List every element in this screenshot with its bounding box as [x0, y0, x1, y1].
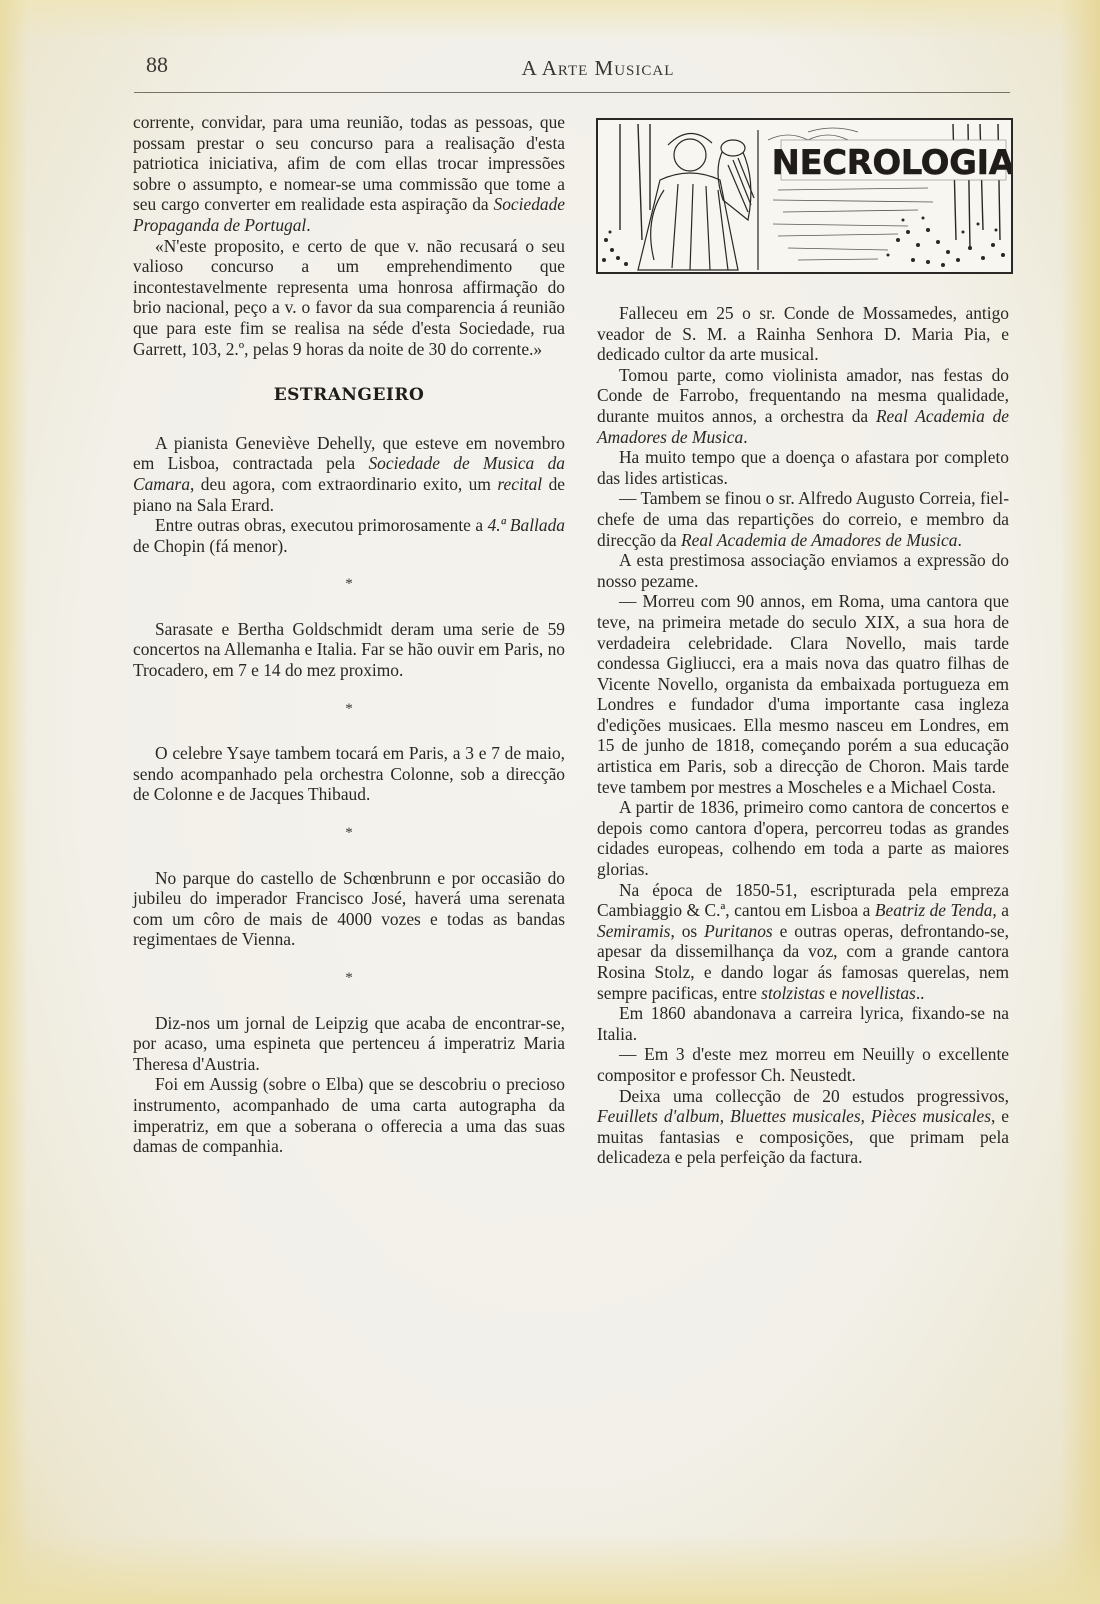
aussig-paragraph: Foi em Aussig (sobre o Elba) que se desc…	[133, 1074, 565, 1156]
paper-edge-right	[1060, 0, 1100, 1604]
paper-edge-bottom	[0, 1534, 1100, 1604]
letter-paragraph: «N'este proposito, e certo de que v. não…	[133, 236, 565, 360]
neustedt-works-paragraph: Deixa uma collecção de 20 estudos progre…	[597, 1086, 1009, 1168]
schoenbrunn-paragraph: No parque do castello de Schœnbrunn e po…	[133, 868, 565, 950]
neustedt-paragraph: — Em 3 d'este mez morreu em Neuilly o ex…	[597, 1044, 1009, 1085]
novello-paragraph: — Morreu com 90 annos, em Roma, uma cant…	[597, 591, 1009, 797]
sarasate-paragraph: Sarasate e Bertha Goldschmidt deram uma …	[133, 619, 565, 681]
mossamedes-paragraph: Falleceu em 25 o sr. Conde de Mossamedes…	[597, 303, 1009, 365]
chopin-paragraph: Entre outras obras, executou primorosame…	[133, 515, 565, 556]
illness-paragraph: Ha muito tempo que a doença o afastara p…	[597, 447, 1009, 488]
header-rule	[134, 92, 1010, 93]
page-header: 88 A Arte Musical	[146, 52, 1010, 84]
ysaye-paragraph: O celebre Ysaye tambem tocará em Paris, …	[133, 743, 565, 805]
intro-paragraph: corrente, convidar, para uma reunião, to…	[133, 112, 565, 236]
novello-career-paragraph: A partir de 1836, primeiro como cantora …	[597, 797, 1009, 879]
necrologia-banner: NECROLOGIA	[596, 118, 1013, 274]
correia-paragraph: — Tambem se finou o sr. Alfredo Augusto …	[597, 488, 1009, 550]
banner-title: NECROLOGIA	[772, 143, 1011, 183]
asterism-separator: *	[133, 699, 565, 720]
running-title: A Arte Musical	[146, 56, 1010, 81]
lyre-muse-illustration-icon: NECROLOGIA	[598, 120, 1011, 272]
asterism-separator: *	[133, 823, 565, 844]
pezame-paragraph: A esta prestimosa associação enviamos a …	[597, 550, 1009, 591]
paper-edge-left	[0, 0, 28, 1604]
leipzig-paragraph: Diz-nos um jornal de Leipzig que acaba d…	[133, 1013, 565, 1075]
asterism-separator: *	[133, 968, 565, 989]
section-heading-estrangeiro: ESTRANGEIRO	[133, 385, 565, 406]
dehelly-paragraph: A pianista Geneviève Dehelly, que esteve…	[133, 433, 565, 515]
paper-edge-top	[0, 0, 1100, 40]
farrobo-paragraph: Tomou parte, como violinista amador, nas…	[597, 365, 1009, 447]
novello-retirement-paragraph: Em 1860 abandonava a carreira lyrica, fi…	[597, 1003, 1009, 1044]
left-column: corrente, convidar, para uma reunião, to…	[133, 112, 565, 1157]
right-column: Falleceu em 25 o sr. Conde de Mossamedes…	[597, 303, 1009, 1168]
novello-lisbon-paragraph: Na época de 1850-51, escripturada pela e…	[597, 880, 1009, 1004]
asterism-separator: *	[133, 574, 565, 595]
